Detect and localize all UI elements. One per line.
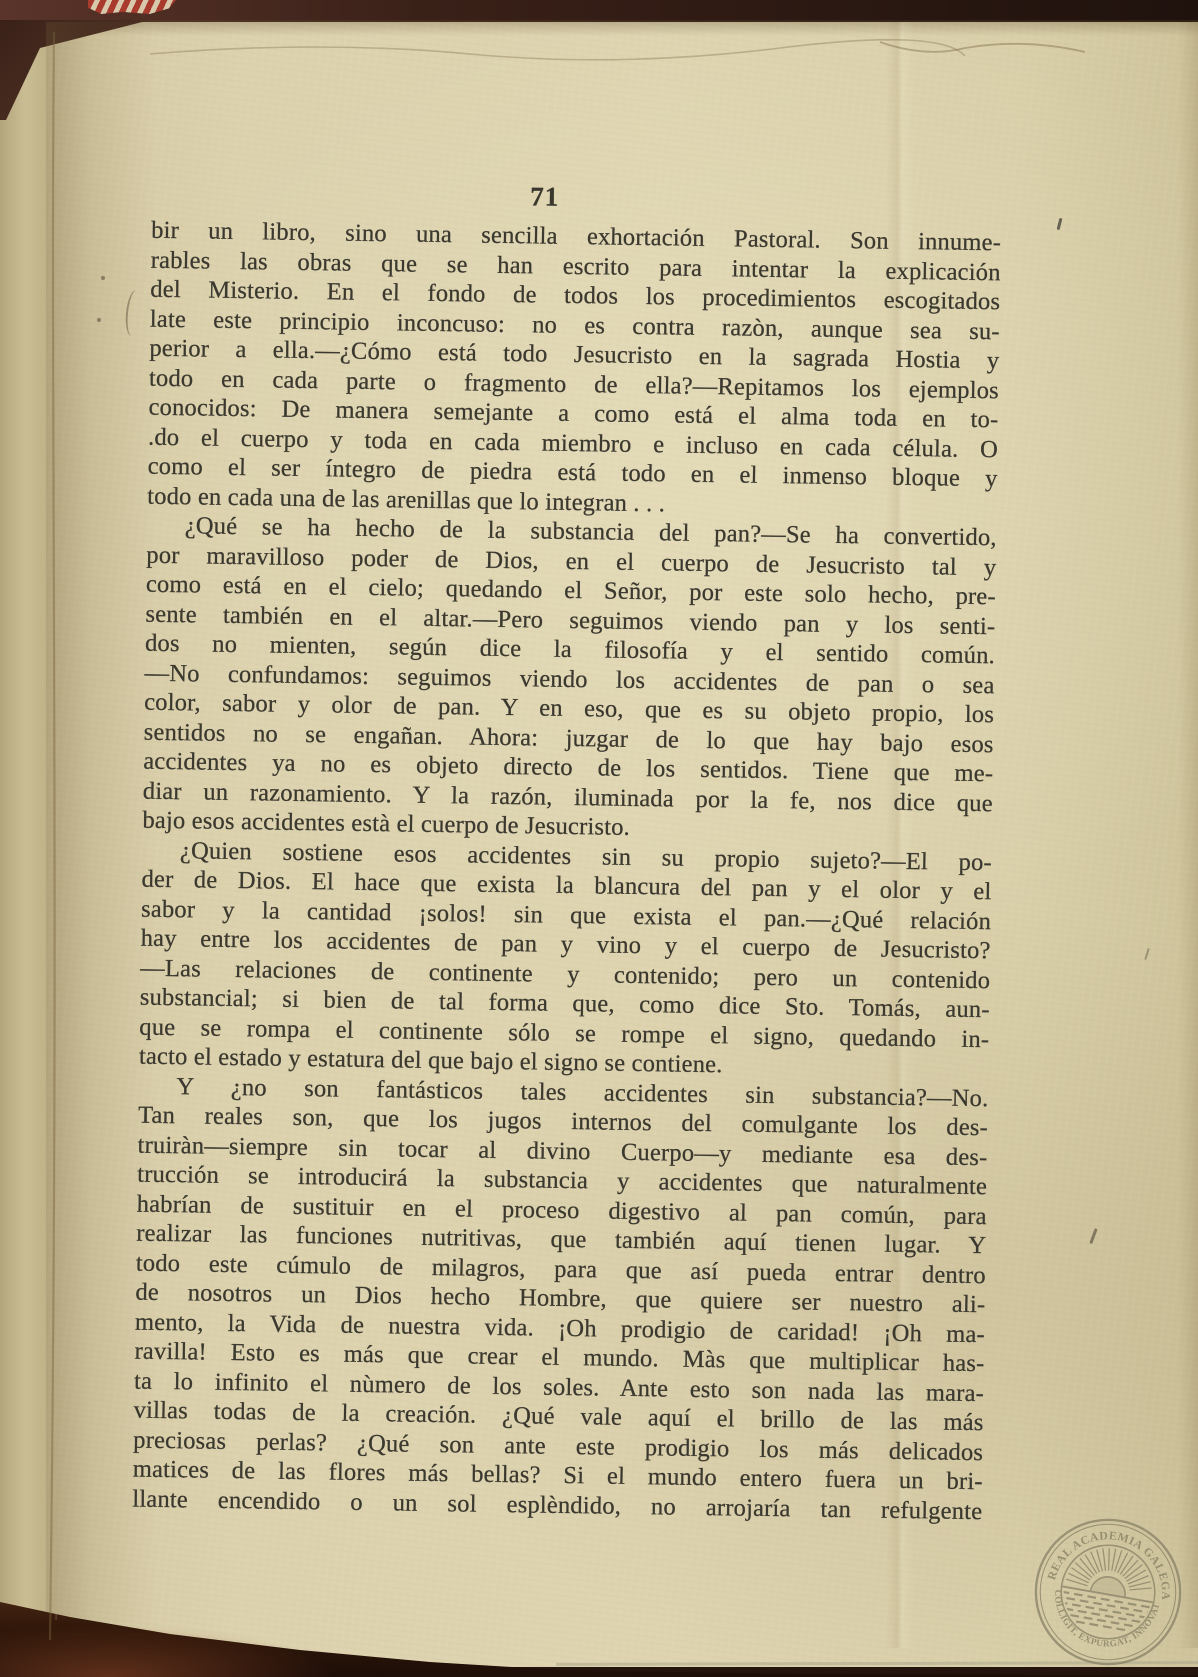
pencil-dot bbox=[101, 276, 105, 280]
page-text-block: 71 bir un libro, sino una sencilla exhor… bbox=[132, 176, 1002, 1526]
cover-highlight bbox=[0, 1600, 420, 1677]
page-top-shadow bbox=[0, 20, 1198, 36]
book-cover-top-edge bbox=[0, 0, 1198, 22]
book-scan: { "page": { "number": "71" }, "body": { … bbox=[0, 0, 1198, 1677]
pencil-dot bbox=[97, 318, 101, 322]
library-stamp: REAL ACADEMIA GALEGA COLLIGIT, EXPURGAT,… bbox=[1032, 1516, 1184, 1668]
facing-page-edge bbox=[0, 22, 46, 1648]
page-right-edge bbox=[1178, 22, 1198, 1648]
